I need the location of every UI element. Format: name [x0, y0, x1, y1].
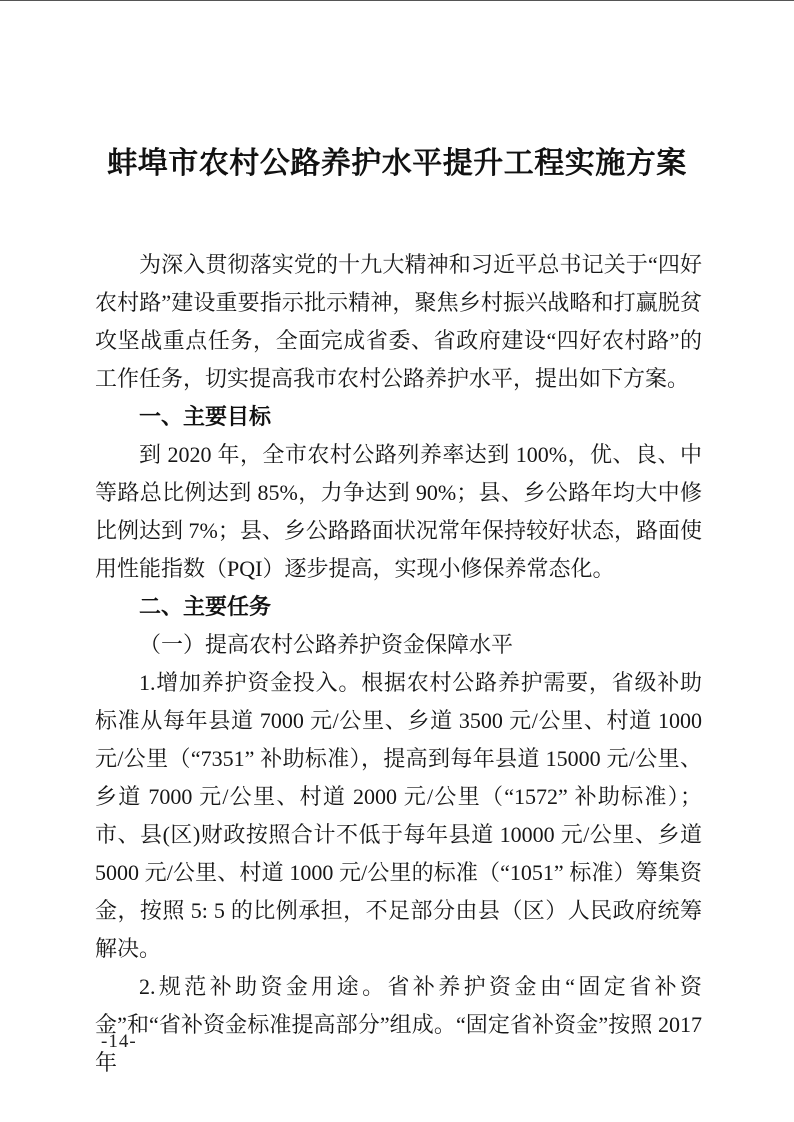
section-2-heading: 二、主要任务	[95, 588, 702, 626]
document-page: 蚌埠市农村公路养护水平提升工程实施方案 为深入贯彻落实党的十九大精神和习近平总书…	[0, 0, 794, 1122]
section-2-subsection-1-heading: （一）提高农村公路养护资金保障水平	[95, 626, 702, 664]
task-item-2-paragraph: 2.规范补助资金用途。省补养护资金由“固定省补资金”和“省补资金标准提高部分”组…	[95, 968, 702, 1082]
section-1-paragraph: 到 2020 年，全市农村公路列养率达到 100%，优、良、中等路总比例达到 8…	[95, 436, 702, 588]
task-item-1-paragraph: 1.增加养护资金投入。根据农村公路养护需要，省级补助标准从每年县道 7000 元…	[95, 664, 702, 968]
intro-paragraph: 为深入贯彻落实党的十九大精神和习近平总书记关于“四好农村路”建设重要指示批示精神…	[95, 246, 702, 398]
document-body: 为深入贯彻落实党的十九大精神和习近平总书记关于“四好农村路”建设重要指示批示精神…	[95, 246, 702, 1082]
section-1-heading: 一、主要目标	[95, 398, 702, 436]
document-title: 蚌埠市农村公路养护水平提升工程实施方案	[0, 1, 794, 184]
page-number: -14-	[101, 1031, 137, 1053]
